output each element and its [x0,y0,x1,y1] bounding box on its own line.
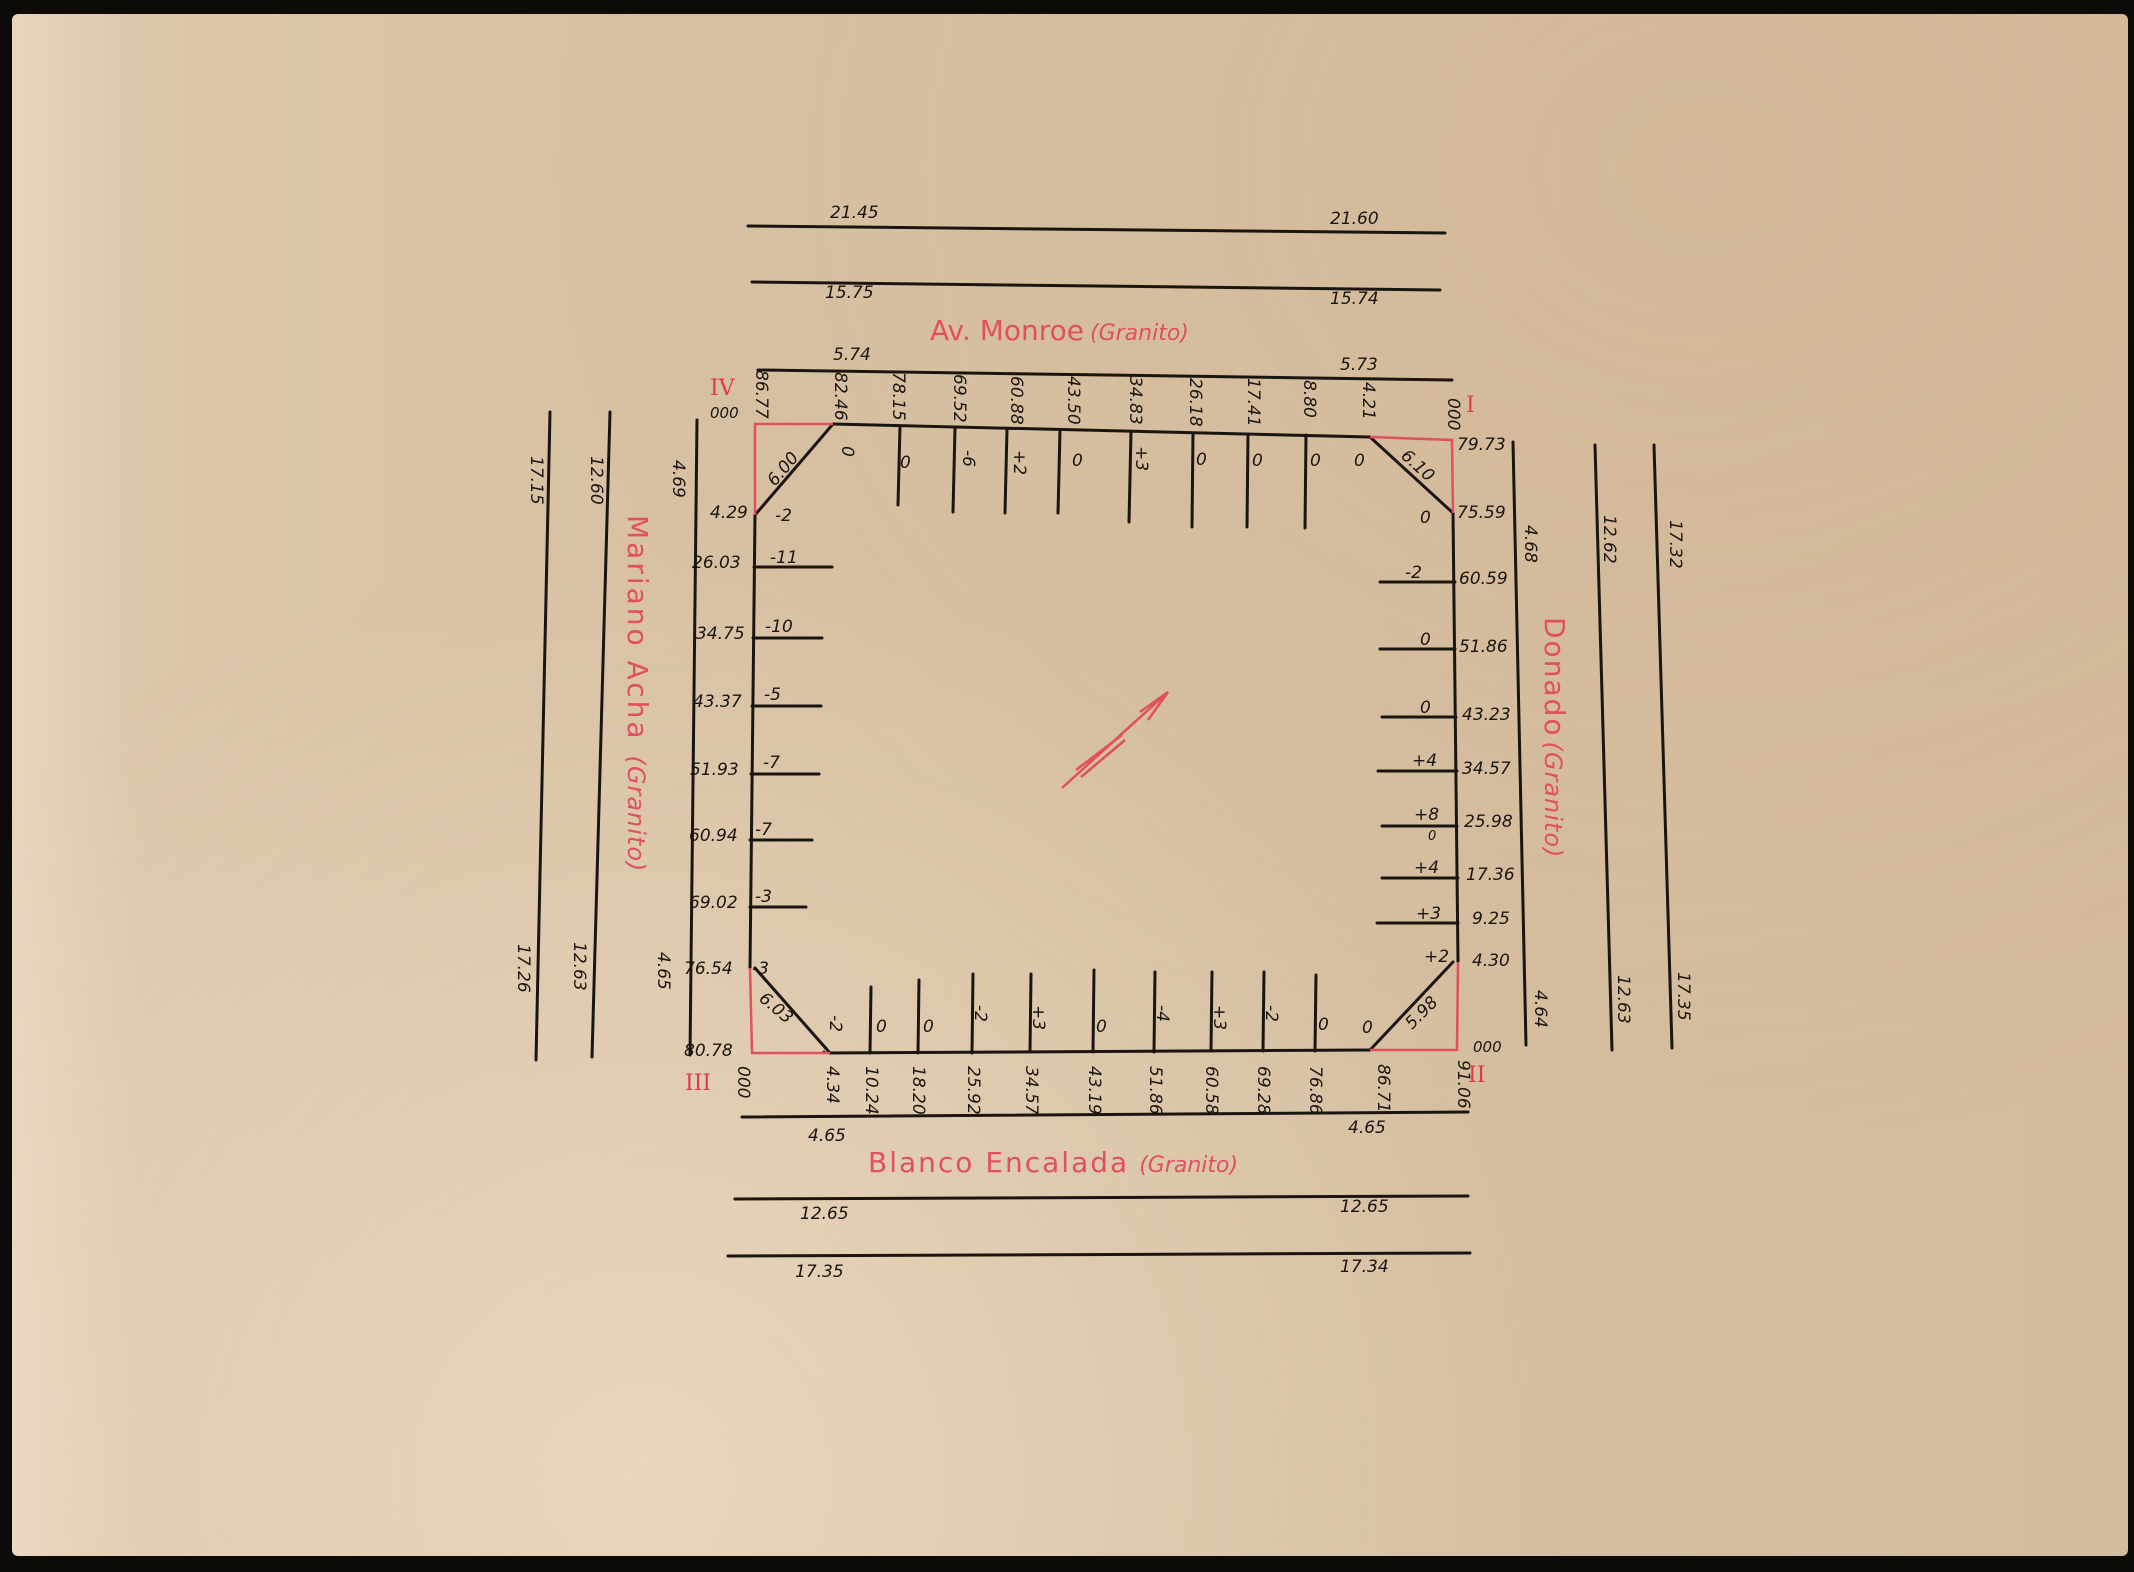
level-diff: 0 [1362,1018,1373,1038]
label: 12.65 [1340,1197,1389,1217]
chainage-label: 79.73 [1457,435,1506,455]
level-diff: 0 [1428,829,1436,844]
label: 17.35 [1673,972,1693,1021]
chainage-label: 76.54 [684,959,733,979]
street-name-left: Mariano Acha(Granito) [621,515,654,872]
label: 17.34 [1340,1257,1389,1277]
chamfer-label: 6.03 [755,989,797,1029]
street-name-right: Donado(Granito) [1538,617,1571,858]
chainage-label: 4.30 [1472,951,1510,971]
label: 5.73 [1340,355,1378,375]
left-outer-line-2 [592,412,610,1057]
level-diff: -3 [752,959,769,979]
level-diff: 0 [1354,451,1365,471]
north-arrow-icon [1062,692,1168,788]
chainage-label: 4.34 [822,1066,842,1104]
chainage-label: 000 [1473,1038,1502,1056]
chainage-label: 51.86 [1145,1066,1165,1115]
level-diff: +2 [1009,450,1029,475]
chainage-label: 86.71 [1373,1064,1393,1113]
level-diff: 0 [1420,698,1431,718]
level-diff: 0 [923,1017,934,1037]
level-diff: -3 [755,887,772,907]
level-diff: +3 [1416,904,1441,924]
chainage-label: 25.98 [1464,812,1513,832]
level-diff: -2 [1405,563,1422,583]
label: 4.65 [808,1126,846,1146]
chainage-label: 51.86 [1459,637,1508,657]
block-top-edge [833,424,1370,437]
level-diff: -2 [1261,1005,1281,1022]
label: 21.45 [830,203,879,223]
level-diff: 0 [1310,451,1321,471]
chainage-label: 10.24 [861,1066,881,1115]
chainage-label: 60.59 [1459,569,1508,589]
level-diff: 0 [1252,451,1263,471]
chainage-label: 60.58 [1201,1066,1221,1115]
level-diff: 0 [1072,451,1083,471]
bottom-outer-line-2 [728,1253,1470,1256]
label: 17.32 [1665,520,1685,569]
chainage-label: 76.86 [1305,1066,1325,1115]
chainage-label: 60.94 [689,826,738,846]
chainage-label: 000 [710,404,739,422]
level-diff: +2 [1424,947,1449,967]
chainage-label: 000 [1443,398,1463,430]
chainage-label: 4.21 [1358,382,1378,420]
left-outer-line-1 [536,412,550,1060]
label: 15.75 [825,283,874,303]
level-diff: 0 [837,446,857,457]
chainage-label: 34.83 [1125,376,1145,425]
level-diff: 0 [1196,450,1207,470]
level-diff: +8 [1414,805,1439,825]
label: 12.62 [1599,515,1619,564]
chainage-label: 18.20 [908,1066,928,1115]
chainage-label: 43.19 [1084,1066,1104,1115]
corner-marker-ii: II [1468,1063,1485,1088]
level-diff: -10 [765,617,793,637]
chainage-label: 69.52 [949,374,969,423]
chainage-label: 25.92 [963,1066,983,1115]
street-name-top: Av. Monroe(Granito) [930,314,1189,347]
level-diff: 0 [1420,630,1431,650]
level-diff: -2 [970,1005,990,1022]
level-diff: -6 [958,450,978,467]
chamfer-label: 6.00 [764,448,804,490]
level-diff: -7 [755,820,772,840]
chamfer-label: 5.98 [1401,992,1442,1033]
chainage-label: 86.77 [751,370,771,419]
chainage-label: 43.23 [1462,705,1511,725]
block-bottom-edge [830,1050,1370,1053]
label: 17.35 [795,1262,844,1282]
bottom-curb-line [742,1112,1468,1117]
chainage-label: 34.57 [1021,1066,1041,1115]
label: 4.69 [668,460,688,498]
label: 12.65 [800,1204,849,1224]
chainage-label: 75.59 [1457,503,1506,523]
label: 17.15 [526,456,546,505]
level-diff: -7 [763,753,780,773]
level-diff: +3 [1028,1005,1048,1030]
chainage-label: 17.41 [1243,378,1263,427]
corner-marker-i: I [1466,393,1475,418]
level-diff: +4 [1412,751,1437,771]
corner-marker-iv: IV [710,376,736,401]
level-diff: -11 [770,548,798,568]
level-diff: -4 [1152,1005,1172,1022]
level-diff: 0 [1318,1015,1329,1035]
chainage-label: 26.18 [1185,378,1205,427]
chainage-label: 43.37 [693,692,742,712]
block-right-edge [1453,513,1458,962]
label: 5.74 [833,345,871,365]
chainage-label: 69.02 [689,893,738,913]
label: 4.64 [1530,990,1550,1028]
label: 17.26 [513,944,533,993]
street-name-bottom: Blanco Encalada(Granito) [868,1146,1238,1179]
chainage-label: 8.80 [1299,380,1319,418]
level-diff: 0 [900,453,911,473]
chainage-label: 9.25 [1472,909,1510,929]
level-diff: -2 [825,1015,845,1032]
chainage-label: 26.03 [692,553,741,573]
chainage-label: 78.15 [888,372,908,421]
level-diff: +3 [1131,446,1151,471]
label: 15.74 [1330,289,1379,309]
level-diff: 0 [1420,508,1431,528]
level-diff: -2 [775,506,792,526]
level-diff: 0 [876,1017,887,1037]
label: 12.63 [569,942,589,991]
chainage-label: 80.78 [684,1041,733,1061]
label: 4.65 [653,952,673,990]
label: 4.68 [1520,525,1540,563]
label: 12.60 [586,456,606,505]
level-diff: +4 [1414,858,1439,878]
chainage-label: 43.50 [1063,376,1083,425]
chainage-label: 34.75 [696,624,745,644]
survey-plan: 21.45 21.60 15.75 15.74 5.74 5.73 86.77 … [0,0,2134,1572]
label: 4.65 [1348,1118,1386,1138]
chainage-label: 69.28 [1253,1066,1273,1115]
chainage-label: 60.88 [1006,376,1026,425]
level-diff: 0 [1096,1017,1107,1037]
chainage-label: 17.36 [1466,865,1515,885]
label: 12.63 [1613,975,1633,1024]
level-diff: +3 [1209,1005,1229,1030]
chainage-label: 51.93 [690,760,739,780]
chainage-label: 000 [733,1066,753,1098]
chainage-label: 34.57 [1462,759,1511,779]
level-diff: -5 [764,685,781,705]
chainage-label: 4.29 [710,503,748,523]
chainage-label: 82.46 [830,372,850,421]
corner-marker-iii: III [685,1071,711,1096]
label: 21.60 [1330,209,1379,229]
